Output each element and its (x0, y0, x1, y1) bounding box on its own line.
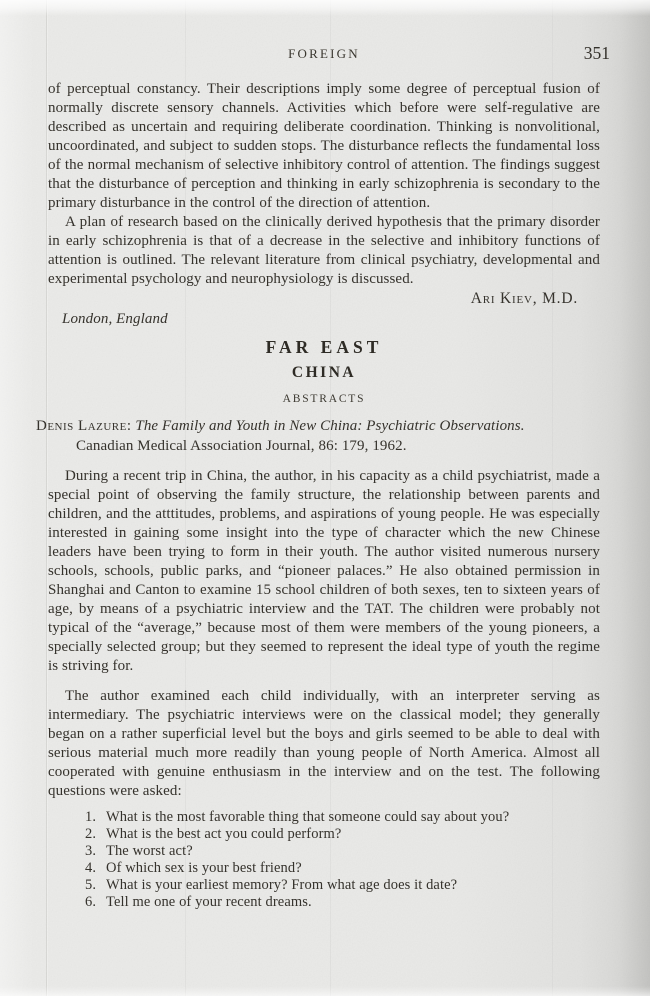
list-item-number: 5. (85, 877, 106, 894)
list-item-number: 2. (85, 826, 106, 843)
list-item-text: Tell me one of your recent dreams. (106, 894, 312, 910)
author-signature: Ari Kiev, M.D. (48, 290, 578, 308)
list-item: 1.What is the most favorable thing that … (48, 809, 600, 826)
interview-questions-list: 1.What is the most favorable thing that … (48, 809, 600, 911)
abstract-paragraph: A plan of research based on the clinical… (48, 213, 600, 289)
section-title: FAR EAST (48, 337, 600, 358)
citation-author: Denis Lazure: (36, 418, 132, 434)
list-item-number: 3. (85, 843, 106, 860)
author-location: London, England (62, 310, 600, 329)
list-item: 2.What is the best act you could perform… (48, 826, 600, 843)
abstract-paragraph: The author examined each child individua… (48, 687, 600, 801)
running-head: FOREIGN (48, 46, 600, 62)
section-subtitle: CHINA (48, 364, 600, 382)
list-item-number: 1. (85, 809, 106, 826)
list-item-text: The worst act? (106, 843, 193, 859)
list-item-number: 6. (85, 894, 106, 911)
section-label: ABSTRACTS (48, 393, 600, 405)
list-item: 3.The worst act? (48, 843, 600, 860)
page-crease-line (46, 0, 47, 996)
scanned-journal-page: FOREIGN 351 of perceptual constancy. The… (0, 0, 650, 996)
list-item-text: Of which sex is your best friend? (106, 860, 302, 876)
citation-line: Denis Lazure: The Family and Youth in Ne… (36, 417, 600, 436)
page-number: 351 (584, 43, 610, 64)
list-item: 6.Tell me one of your recent dreams. (48, 894, 600, 911)
citation-source: Canadian Medical Association Journal, 86… (76, 437, 600, 456)
list-item-text: What is your earliest memory? From what … (106, 877, 457, 893)
page-header: FOREIGN 351 (48, 46, 600, 64)
list-item: 5.What is your earliest memory? From wha… (48, 877, 600, 894)
citation-title: The Family and Youth in New China: Psych… (135, 418, 524, 434)
abstract-paragraph: During a recent trip in China, the autho… (48, 467, 600, 676)
abstract-paragraph: of perceptual constancy. Their descripti… (48, 80, 600, 213)
list-item-number: 4. (85, 860, 106, 877)
page-content: FOREIGN 351 of perceptual constancy. The… (48, 46, 600, 911)
article-citation: Denis Lazure: The Family and Youth in Ne… (48, 417, 600, 456)
list-item-text: What is the best act you could perform? (106, 826, 341, 842)
list-item-text: What is the most favorable thing that so… (106, 809, 509, 825)
list-item: 4.Of which sex is your best friend? (48, 860, 600, 877)
